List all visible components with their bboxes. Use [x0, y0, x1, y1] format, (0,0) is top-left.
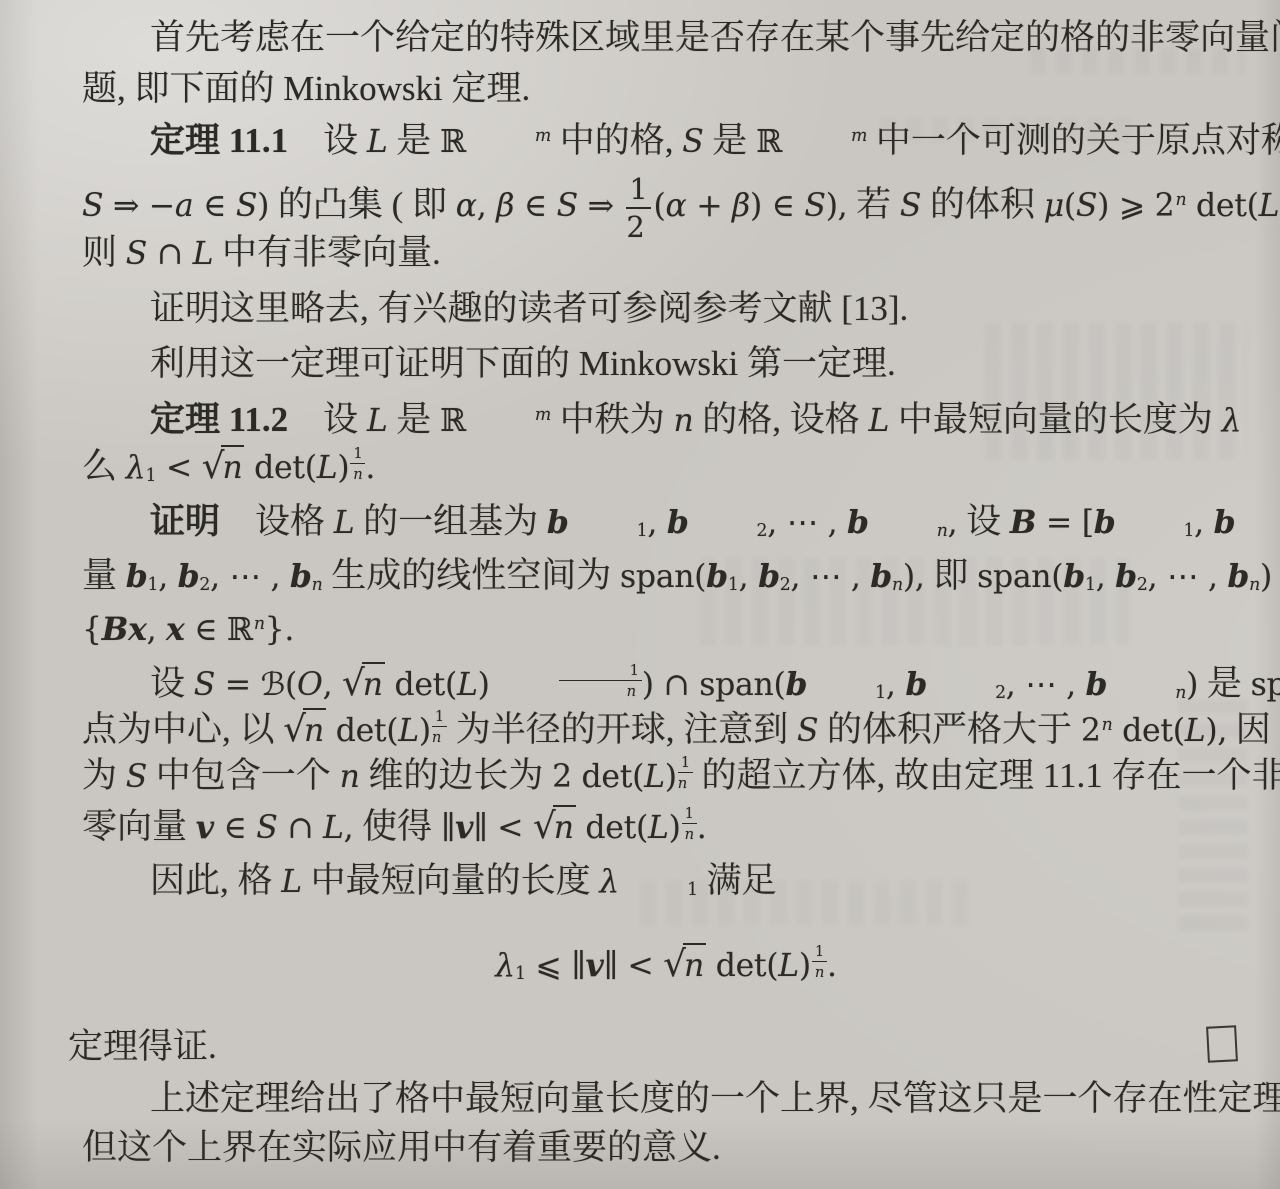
math-vector: b	[547, 504, 569, 541]
math-run: ℝ	[756, 124, 782, 160]
math-run: ∥ <	[473, 810, 533, 846]
text-run: 为半径的开球, 注意到	[447, 710, 797, 749]
math-var: S	[126, 759, 147, 795]
superscript: m	[467, 126, 551, 145]
math-vector: b	[870, 558, 892, 595]
sqrt-radicand: n	[683, 943, 706, 984]
subscript: 1	[1085, 575, 1096, 594]
text-run: 么	[82, 447, 126, 486]
math-run: (	[1064, 188, 1076, 224]
math-var: S	[804, 188, 825, 224]
math-run: 2	[1081, 713, 1101, 749]
math-run: 1	[353, 445, 362, 462]
math-vector: b	[1063, 558, 1085, 595]
fraction-denominator: n	[432, 727, 447, 745]
intro-line-2: 题, 即下面的 Minkowski 定理.	[82, 62, 1250, 116]
math-run: 1	[1183, 521, 1194, 541]
proof-line-7: 零向量 v ∈ S ∩ L, 使得 ∥v∥ < √n det(L)1n.	[82, 798, 1250, 856]
subscript: 2	[1235, 521, 1280, 540]
text-run: 满足	[698, 861, 777, 900]
text-run: 零向量	[82, 807, 196, 846]
text-run: 生成的线性空间为	[322, 556, 620, 595]
math-run: 1	[681, 754, 690, 771]
fraction-numerator: 1	[682, 804, 697, 823]
proof-line-8: 因此, 格 L 中最短向量的长度 λ1 满足	[82, 854, 1250, 908]
math-run: )	[419, 713, 431, 749]
text-run: 中的格,	[551, 121, 682, 160]
math-vector: b	[847, 504, 869, 541]
sqrt-radical: √n	[533, 807, 576, 846]
sqrt-radical: √n	[283, 710, 326, 749]
remark-line-1: 上述定理给出了格中最短向量长度的一个上界, 尽管这只是一个存在性定理,	[82, 1072, 1250, 1126]
text-run: 中一个可测的关于原点对称 (即	[867, 121, 1280, 160]
superscript: 1n	[812, 942, 827, 980]
fraction-denominator: n	[678, 773, 693, 791]
subscript: 2	[1137, 575, 1148, 594]
math-var: S	[797, 713, 818, 749]
math-run: ∥	[441, 810, 455, 846]
math-var: L	[323, 810, 344, 846]
math-run: ∈	[514, 188, 556, 224]
sqrt-radical: √n	[342, 664, 385, 703]
math-run: +	[687, 188, 733, 224]
fraction-numerator: 1	[559, 661, 642, 680]
fraction-numerator: 1	[678, 753, 693, 772]
text-run: 即	[925, 556, 978, 595]
math-var: n	[312, 575, 323, 595]
math-var: L	[398, 713, 419, 749]
math-run: span(	[977, 559, 1063, 595]
subscript: 1	[515, 964, 526, 983]
math-run: ) ∈	[750, 188, 804, 224]
math-run: )	[665, 759, 677, 795]
fraction: 1n	[559, 661, 642, 699]
text-run: 因	[1227, 710, 1271, 749]
subscript: 1	[1241, 419, 1280, 438]
subscript: 1	[728, 575, 739, 594]
superscript: 1n	[350, 444, 365, 482]
text-run: 设	[150, 664, 194, 703]
math-run: ,	[886, 667, 905, 703]
text-run: 设格	[220, 502, 334, 541]
fraction-denominator: n	[350, 464, 365, 482]
math-var: n	[685, 826, 694, 843]
math-run: (	[654, 188, 666, 224]
math-var: n	[1102, 715, 1113, 735]
math-run: ∥ <	[603, 948, 663, 984]
fraction-numerator: 1	[812, 942, 827, 961]
proof-line-2: 量 b1, b2, ⋯ , bn 生成的线性空间为 span(b1, b2, ⋯…	[82, 548, 1250, 604]
subscript: 1	[1115, 521, 1194, 540]
superscript: n	[1102, 715, 1113, 734]
math-run: ⩽ ∥	[526, 948, 586, 984]
superscript: m	[467, 405, 551, 424]
text-run: 设	[288, 400, 367, 439]
superscript: 1n	[682, 804, 697, 842]
subscript: 2	[927, 683, 1006, 702]
math-var: m	[535, 405, 551, 425]
math-vector: b	[905, 666, 927, 703]
text-run: 是	[704, 121, 757, 160]
math-vector: b	[1094, 504, 1116, 541]
math-var: L	[334, 505, 355, 541]
math-run: 1	[815, 943, 824, 960]
math-vector: B	[1010, 504, 1036, 541]
math-var: n	[554, 810, 574, 846]
text-run: 但这个上界在实际应用中有着重要的意义.	[82, 1128, 721, 1167]
text-run: 的体积严格大于	[818, 710, 1081, 749]
math-run: , ⋯ ,	[1006, 667, 1086, 703]
fraction-denominator: n	[682, 824, 697, 842]
math-run: ) =	[1260, 559, 1280, 595]
math-vector: b	[178, 558, 200, 595]
math-var: α	[456, 188, 477, 224]
math-run: det(	[385, 667, 457, 703]
math-run: )	[257, 188, 269, 224]
math-run: 1	[687, 880, 698, 900]
math-run: }.	[265, 612, 294, 648]
fraction: 1n	[350, 444, 365, 482]
math-var: μ	[1044, 188, 1064, 224]
math-run: 1	[685, 805, 694, 822]
math-var: n	[353, 466, 362, 483]
math-vector: b	[758, 558, 780, 595]
math-run: 2	[757, 521, 768, 541]
math-run: .	[365, 450, 375, 486]
math-run: ) ∩ span(	[642, 667, 786, 703]
math-run: ∈	[214, 810, 256, 846]
math-vector: b	[1214, 504, 1236, 541]
text-run: 的一组基为	[354, 502, 547, 541]
text-run: 维的边长为	[360, 756, 553, 795]
subscript: n	[892, 575, 903, 594]
math-var: S	[236, 188, 257, 224]
math-var: S	[900, 188, 921, 224]
math-run: det(	[706, 948, 778, 984]
qed-line: 定理得证.	[68, 1020, 1250, 1074]
math-run: )	[478, 667, 490, 703]
math-run: )	[799, 948, 811, 984]
math-run: ,	[1096, 559, 1115, 595]
math-run: ) ⩾ 2	[1097, 188, 1174, 224]
math-run: )	[669, 810, 681, 846]
theorem-11-2-line-2: 么 λ1 < √n det(L)1n.	[82, 437, 1250, 497]
math-run: ℝ	[440, 403, 466, 439]
math-var: L	[193, 236, 214, 272]
text-run: 使得	[353, 807, 441, 846]
sqrt-radicand: n	[303, 708, 326, 749]
math-var: S	[82, 188, 103, 224]
math-var: n	[627, 683, 636, 700]
text-run: 的格, 设格	[694, 400, 869, 439]
math-var: n	[222, 450, 242, 486]
display-equation: λ1 ⩽ ∥v∥ < √n det(L)1n.	[82, 925, 1250, 1005]
math-run: 1	[435, 708, 444, 725]
text-run: 利用这一定理可证明下面的 Minkowski 第一定理.	[150, 344, 896, 383]
superscript: m	[783, 126, 867, 145]
math-run: 1	[515, 964, 526, 984]
math-run: , ⋯ ,	[1148, 559, 1228, 595]
math-var: λ	[1222, 403, 1242, 439]
subscript: n	[1107, 683, 1186, 702]
math-run: det(	[1186, 188, 1258, 224]
math-var: λ	[599, 864, 619, 900]
text-run: 中包含一个	[147, 756, 340, 795]
math-run: det(	[244, 450, 316, 486]
math-run: 2	[780, 575, 791, 595]
heading-text: 定理 11.2	[150, 400, 288, 439]
math-run: 1	[630, 662, 639, 679]
math-var: λ	[495, 948, 515, 984]
qed-box	[1206, 1025, 1238, 1063]
math-var: α	[666, 188, 687, 224]
math-run: , ⋯ ,	[791, 559, 871, 595]
fraction: 1n	[432, 707, 447, 745]
math-vector: b	[706, 558, 728, 595]
math-run: ⇒ −	[103, 188, 175, 224]
math-var: S	[1076, 188, 1097, 224]
text-run: 量	[82, 556, 126, 595]
math-vector: b	[667, 504, 689, 541]
math-run: 1	[148, 575, 159, 595]
fraction-numerator: 1	[626, 172, 650, 209]
math-vector: v	[196, 809, 214, 846]
math-run: ∈	[193, 188, 235, 224]
math-var: L	[457, 667, 478, 703]
math-run: ),	[826, 188, 848, 224]
math-run: ,	[323, 667, 342, 703]
math-var: O	[297, 667, 323, 703]
remark-line-2: 但这个上界在实际应用中有着重要的意义.	[82, 1121, 1250, 1175]
math-run: 1	[1085, 575, 1096, 595]
text-run: 则	[82, 233, 126, 272]
math-run: ⇒	[578, 188, 624, 224]
fraction-numerator: 1	[350, 444, 365, 463]
math-var: S	[557, 188, 578, 224]
subscript: 1	[148, 575, 159, 594]
subscript: 2	[689, 521, 768, 540]
text-run: 的超立方体, 故由定理 11.1 存在一个非	[693, 756, 1280, 795]
math-vector: Bx	[102, 611, 147, 648]
math-var: S	[256, 810, 277, 846]
subscript: n	[312, 575, 323, 594]
math-var: n	[674, 403, 694, 439]
math-vector: b	[785, 666, 807, 703]
math-run: ∈ ℝ	[184, 612, 252, 648]
math-run: det(	[1112, 713, 1184, 749]
math-var: n	[937, 521, 948, 541]
math-var: n	[892, 575, 903, 595]
math-var: n	[432, 729, 441, 746]
text-run: 中有非零向量.	[213, 233, 441, 272]
subscript: 2	[199, 575, 210, 594]
math-var: L	[648, 810, 669, 846]
superscript: 1n	[678, 753, 693, 791]
math-run: <	[156, 450, 202, 486]
proof-line-6: 为 S 中包含一个 n 维的边长为 2 det(L)1n 的超立方体, 故由定理…	[82, 747, 1250, 805]
math-run: 2	[1137, 575, 1148, 595]
math-run: ,	[147, 612, 166, 648]
math-run: span(	[1251, 667, 1280, 703]
page-text: 首先考虑在一个给定的特殊区域里是否存在某个事先给定的格的非零向量问题, 即下面的…	[82, 0, 1250, 1189]
math-run: )	[1186, 667, 1198, 703]
math-run: ℝ	[440, 124, 466, 160]
math-run: 1	[629, 172, 647, 206]
sqrt-radicand: n	[553, 805, 576, 846]
math-run: det(	[326, 713, 398, 749]
fraction-denominator: n	[559, 681, 642, 699]
heading-text: 证明	[150, 502, 220, 541]
subscript: 2	[780, 575, 791, 594]
math-run: .	[827, 948, 837, 984]
fraction-numerator: 1	[432, 707, 447, 726]
text-run: 因此, 格	[150, 861, 281, 900]
math-run: det(	[576, 810, 648, 846]
math-run: ∩	[278, 810, 324, 846]
math-var: L	[367, 124, 388, 160]
math-run: .	[697, 810, 707, 846]
math-vector: b	[1227, 558, 1249, 595]
math-var: n	[340, 759, 360, 795]
math-var: m	[851, 126, 867, 146]
text-run: 题, 即下面的 Minkowski 定理.	[82, 69, 530, 108]
proof-line-1: 证明 设格 L 的一组基为 b1, b2, ⋯ , bn, 设 B = [b1,…	[82, 494, 1250, 550]
text-run: 首先考虑在一个给定的特殊区域里是否存在某个事先给定的格的非零向量问	[150, 18, 1280, 57]
math-var: n	[815, 964, 824, 981]
math-vector: b	[1086, 666, 1108, 703]
math-run: ,	[344, 810, 354, 846]
math-run: span(	[620, 559, 706, 595]
math-var: L	[644, 759, 665, 795]
math-var: L	[1259, 188, 1280, 224]
text-run: 的凸集 ( 即	[269, 185, 456, 224]
math-run: ,	[948, 505, 958, 541]
math-run: 1	[728, 575, 739, 595]
math-var: L	[317, 450, 338, 486]
math-var: n	[254, 614, 265, 634]
fraction: 1n	[678, 753, 693, 791]
subscript: 1	[145, 466, 156, 485]
superscript: 1n	[432, 707, 447, 745]
proof-omitted-note: 证明这里略去, 有兴趣的读者可参阅参考文献 [13].	[82, 282, 1250, 336]
math-run: ,	[158, 559, 177, 595]
math-vector: x	[166, 611, 184, 648]
math-run: ∩	[147, 236, 193, 272]
math-run: 1	[637, 521, 648, 541]
sqrt-radicand: n	[362, 662, 385, 703]
subscript: n	[869, 521, 948, 540]
text-run: 点为中心, 以	[82, 710, 283, 749]
math-run: 2	[199, 575, 210, 595]
theorem-11-1-line-3: 则 S ∩ L 中有非零向量.	[82, 226, 1250, 280]
math-vector: b	[1115, 558, 1137, 595]
math-var: L	[281, 864, 302, 900]
text-run: 中最短向量的长度	[302, 861, 600, 900]
math-vector: b	[126, 558, 148, 595]
math-run: ,	[739, 559, 758, 595]
text-run: 是	[1198, 664, 1251, 703]
fraction: 1n	[812, 942, 827, 980]
math-vector: v	[455, 809, 473, 846]
math-run: )	[337, 450, 349, 486]
math-var: L	[367, 403, 388, 439]
math-run: = [	[1036, 505, 1094, 541]
sqrt-radicand: n	[221, 445, 244, 486]
text-run: 定理得证.	[68, 1027, 217, 1066]
text-run: 若	[847, 185, 900, 224]
math-run: ,	[477, 188, 496, 224]
math-var: β	[496, 188, 514, 224]
math-var: L	[869, 403, 890, 439]
math-var: S	[682, 124, 703, 160]
heading-text: 定理 11.1	[150, 121, 288, 160]
math-run: ),	[903, 559, 925, 595]
text-run: 是	[387, 400, 440, 439]
math-var: a	[175, 188, 193, 224]
math-var: n	[1175, 190, 1186, 210]
text-run: 上述定理给出了格中最短向量长度的一个上界, 尽管这只是一个存在性定理,	[150, 1079, 1280, 1118]
superscript: n	[1175, 190, 1186, 209]
text-run: 中最短向量的长度为	[889, 400, 1222, 439]
minkowski-first-intro: 利用这一定理可证明下面的 Minkowski 第一定理.	[82, 337, 1250, 391]
math-var: L	[1185, 713, 1206, 749]
math-run: = ℬ(	[215, 667, 297, 703]
sqrt-radical: √n	[202, 447, 245, 486]
math-var: λ	[126, 450, 146, 486]
math-run: 2 det(	[552, 759, 644, 795]
text-run: 设	[957, 502, 1010, 541]
math-run: 1	[145, 466, 156, 486]
text-run: 中秩为	[551, 400, 674, 439]
subscript: 1	[569, 521, 648, 540]
math-var: m	[535, 126, 551, 146]
subscript: n	[1249, 575, 1260, 594]
math-run: ),	[1205, 713, 1227, 749]
proof-line-3: {Bx, x ∈ ℝn}.	[82, 602, 1250, 656]
superscript: n	[254, 614, 265, 633]
math-run: ,	[647, 505, 666, 541]
text-run: 证明这里略去, 有兴趣的读者可参阅参考文献 [13].	[150, 289, 908, 328]
math-run: {	[82, 612, 102, 648]
text-run: 为	[82, 756, 126, 795]
math-run: , ⋯ ,	[210, 559, 290, 595]
math-vector: v	[585, 947, 603, 984]
math-var: S	[194, 667, 215, 703]
math-var: n	[304, 713, 324, 749]
math-var: n	[678, 775, 687, 792]
sqrt-radical: √n	[663, 945, 706, 984]
subscript: 1	[619, 880, 698, 899]
math-var: n	[1249, 575, 1260, 595]
math-vector: b	[290, 558, 312, 595]
math-run: ,	[1194, 505, 1213, 541]
intro-line-1: 首先考虑在一个给定的特殊区域里是否存在某个事先给定的格的非零向量问	[82, 10, 1250, 66]
math-var: S	[126, 236, 147, 272]
math-var: L	[778, 948, 799, 984]
math-var: n	[363, 667, 383, 703]
text-run: 是	[387, 121, 440, 160]
fraction-denominator: n	[812, 962, 827, 980]
subscript: 1	[807, 683, 886, 702]
text-run: 的体积	[921, 185, 1044, 224]
math-var: n	[684, 948, 704, 984]
math-var: β	[732, 188, 750, 224]
text-run: 设	[288, 121, 367, 160]
fraction: 1n	[682, 804, 697, 842]
superscript: 1n	[491, 661, 642, 699]
math-run: , ⋯ ,	[767, 505, 847, 541]
